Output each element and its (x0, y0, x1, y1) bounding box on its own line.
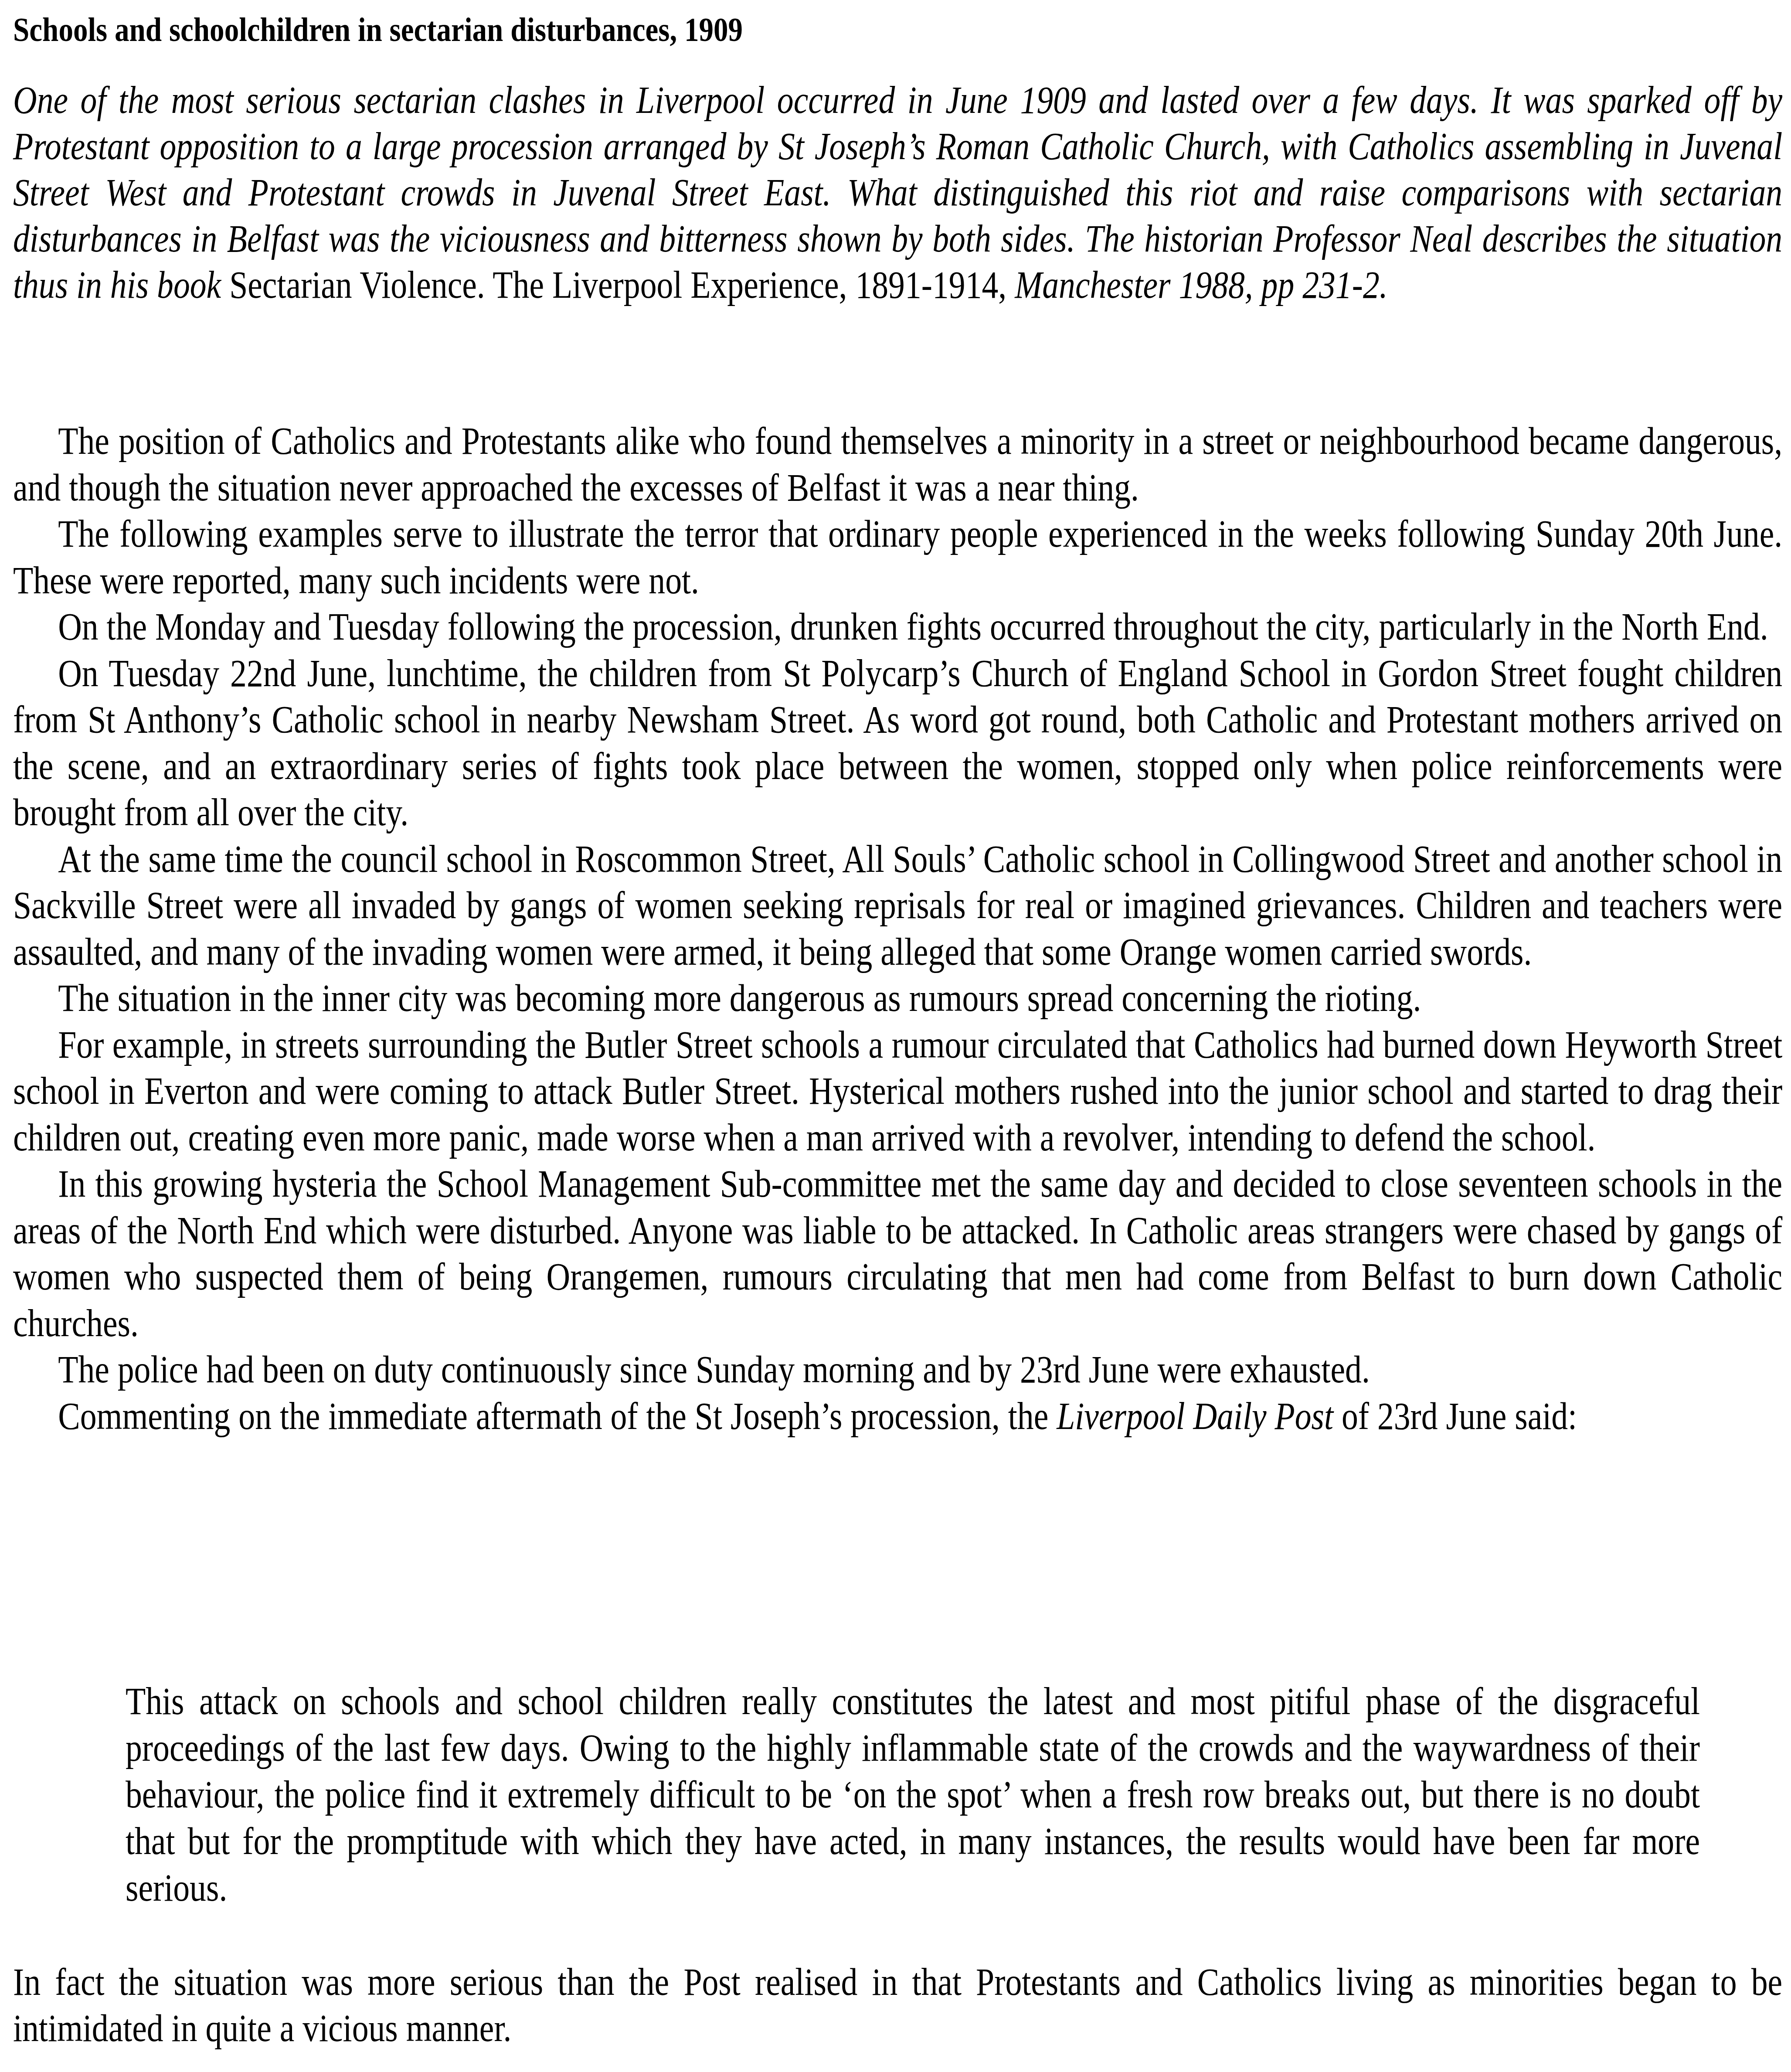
body-text: The position of Catholics and Protestant… (13, 418, 1782, 1440)
newspaper-title: Liverpool Daily Post (1057, 1395, 1333, 1438)
intro-paragraph: One of the most serious sectarian clashe… (13, 78, 1782, 309)
body-paragraph: In this growing hysteria the School Mana… (13, 1161, 1782, 1347)
closing-paragraph: In fact the situation was more serious t… (13, 1960, 1782, 2052)
citation: Manchester 1988, pp 231-2. (1006, 264, 1387, 306)
body-paragraph-newspaper: Commenting on the immediate aftermath of… (13, 1394, 1782, 1440)
body-paragraph: The situation in the inner city was beco… (13, 976, 1782, 1022)
body-paragraph: At the same time the council school in R… (13, 837, 1782, 976)
body-paragraph: The following examples serve to illustra… (13, 511, 1782, 604)
trail-text: of 23rd June said: (1333, 1395, 1577, 1438)
block-quote: This attack on schools and school childr… (126, 1678, 1700, 1912)
body-paragraph: For example, in streets surrounding the … (13, 1022, 1782, 1162)
page-title: Schools and schoolchildren in sectarian … (13, 8, 743, 51)
closing-text: In fact the situation was more serious t… (13, 1960, 1782, 2052)
book-title: Sectarian Violence. The Liverpool Experi… (221, 264, 1006, 306)
quote-text: This attack on schools and school childr… (126, 1678, 1700, 1912)
body-paragraph: On the Monday and Tuesday following the … (13, 604, 1782, 651)
body-paragraph: The position of Catholics and Protestant… (13, 418, 1782, 511)
body-paragraph: The police had been on duty continuously… (13, 1347, 1782, 1394)
body-paragraph: On Tuesday 22nd June, lunchtime, the chi… (13, 651, 1782, 837)
lead-text: Commenting on the immediate aftermath of… (58, 1395, 1057, 1438)
